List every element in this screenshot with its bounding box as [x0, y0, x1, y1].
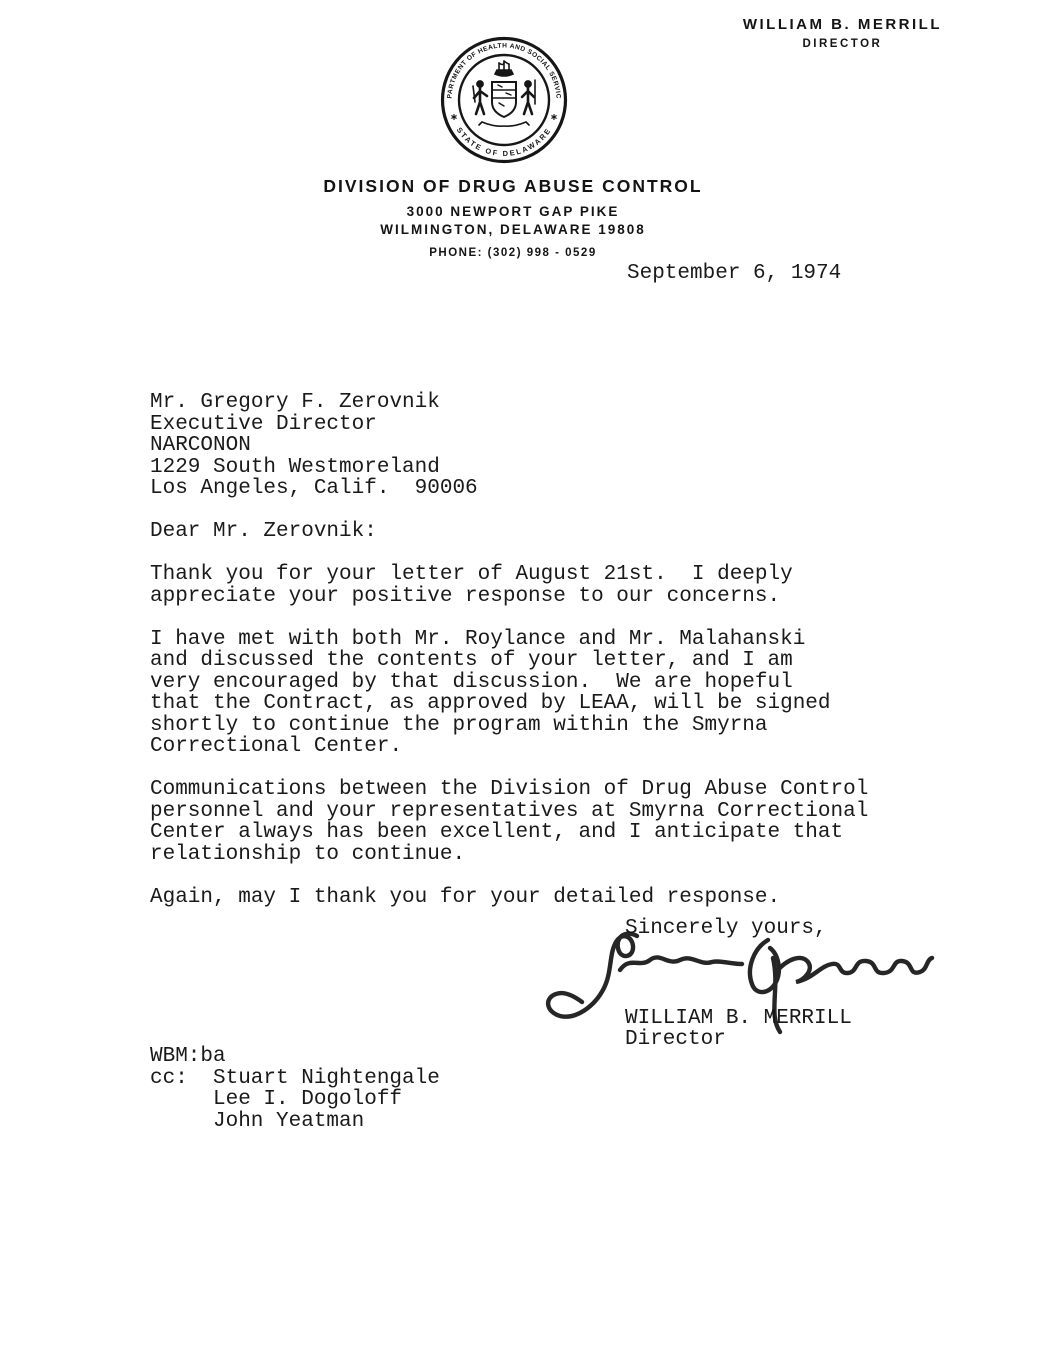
letterhead-address-line2: WILMINGTON, DELAWARE 19808	[288, 222, 738, 237]
letterhead-director-title: DIRECTOR	[743, 38, 942, 50]
letterhead-director-name: WILLIAM B. MERRILL	[743, 16, 942, 33]
paragraph-4: Again, may I thank you for your detailed…	[150, 887, 910, 909]
letter-date: September 6, 1974	[627, 263, 841, 285]
salutation: Dear Mr. Zerovnik:	[150, 521, 910, 543]
footer-block: WBM:ba cc: Stuart Nightengale Lee I. Dog…	[150, 1046, 440, 1132]
paragraph-1: Thank you for your letter of August 21st…	[150, 564, 910, 607]
letterhead-director-block: WILLIAM B. MERRILL DIRECTOR	[743, 16, 942, 50]
paragraph-3: Communications between the Division of D…	[150, 779, 910, 865]
seal-coat-of-arms	[473, 61, 535, 126]
letter-body: Mr. Gregory F. Zerovnik Executive Direct…	[150, 392, 910, 930]
recipient-line: Los Angeles, Calif. 90006	[150, 478, 910, 500]
cc-name: John Yeatman	[213, 1111, 440, 1133]
signature-image	[540, 928, 940, 1046]
typist-reference: WBM:ba	[150, 1046, 440, 1068]
letterhead-division: DIVISION OF DRUG ABUSE CONTROL	[288, 176, 738, 197]
letterhead-address-line1: 3000 NEWPORT GAP PIKE	[288, 204, 738, 219]
letterhead-center-block: DIVISION OF DRUG ABUSE CONTROL 3000 NEWP…	[288, 176, 738, 259]
recipient-line: NARCONON	[150, 435, 910, 457]
recipient-line: Executive Director	[150, 414, 910, 436]
cc-label: cc:	[150, 1068, 213, 1133]
recipient-line: Mr. Gregory F. Zerovnik	[150, 392, 910, 414]
cc-names: Stuart Nightengale Lee I. Dogoloff John …	[213, 1068, 440, 1133]
recipient-address-block: Mr. Gregory F. Zerovnik Executive Direct…	[150, 392, 910, 500]
paragraph-2: I have met with both Mr. Roylance and Mr…	[150, 629, 910, 758]
letterhead-phone: PHONE: (302) 998 - 0529	[288, 247, 738, 259]
cc-name: Stuart Nightengale	[213, 1068, 440, 1090]
cc-name: Lee I. Dogoloff	[213, 1089, 440, 1111]
letter-page: WILLIAM B. MERRILL DIRECTOR DEPARTMENT O…	[0, 0, 1050, 1359]
recipient-line: 1229 South Westmoreland	[150, 457, 910, 479]
cc-block: cc: Stuart Nightengale Lee I. Dogoloff J…	[150, 1068, 440, 1133]
state-seal-icon: DEPARTMENT OF HEALTH AND SOCIAL SERVICES…	[438, 34, 570, 166]
